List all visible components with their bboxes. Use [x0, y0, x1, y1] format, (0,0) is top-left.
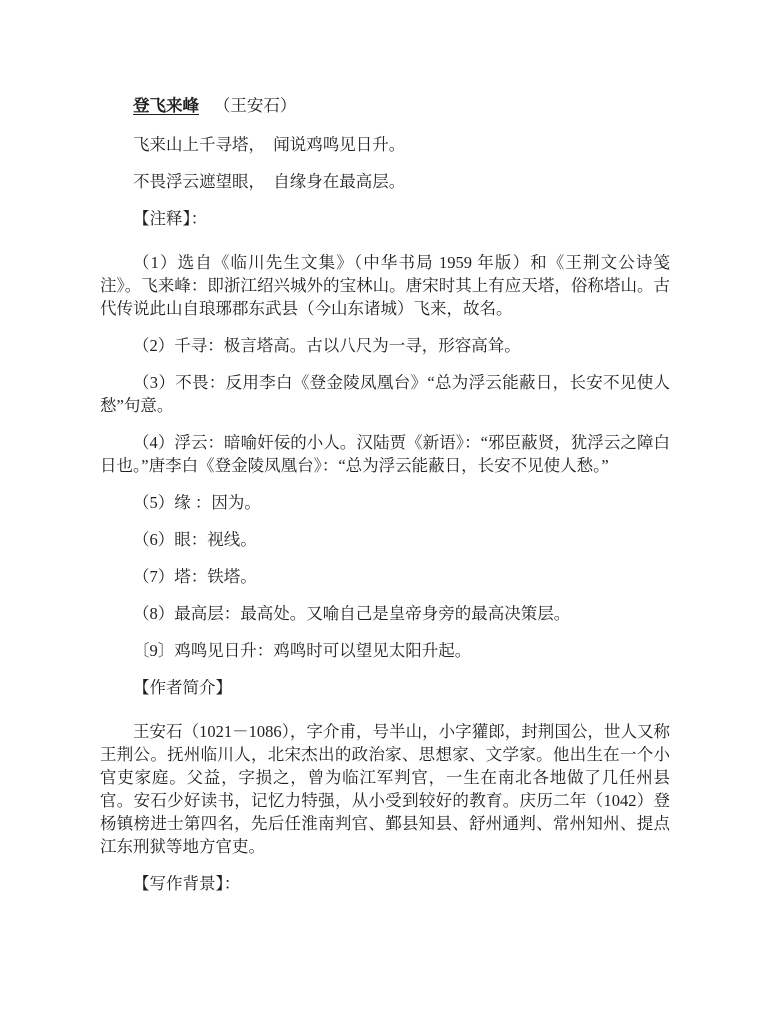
author-section-header: 【作者简介】	[100, 676, 670, 699]
poem-line-2: 不畏浮云遮望眼， 自缘身在最高层。	[100, 170, 670, 193]
note-item-4: （4）浮云：暗喻奸佞的小人。汉陆贾《新语》：“邪臣蔽贤，犹浮云之障白日也。”唐李…	[100, 431, 670, 477]
note-text: 选自《临川先生文集》（中华书局 1959 年版）和《王荆文公诗笺注》。飞来峰：即…	[100, 253, 670, 318]
poem-title: 登飞来峰	[133, 96, 199, 115]
note-label: 〔9〕	[133, 641, 174, 660]
note-label: （6）	[133, 530, 174, 549]
note-item-3: （3）不畏：反用李白《登金陵凤凰台》“总为浮云能蔽日，长安不见使人愁”句意。	[100, 371, 670, 417]
background-section-header: 【写作背景】：	[100, 872, 670, 895]
note-text: 最高层：最高处。又喻自己是皇帝身旁的最高决策层。	[174, 604, 570, 623]
note-item-7: （7）塔：铁塔。	[100, 565, 670, 588]
note-label: （3）	[133, 373, 175, 392]
note-text: 缘 ：因为。	[174, 493, 261, 512]
note-label: （8）	[133, 604, 174, 623]
note-item-5: （5）缘 ：因为。	[100, 491, 670, 514]
note-item-1: （1）选自《临川先生文集》（中华书局 1959 年版）和《王荆文公诗笺注》。飞来…	[100, 251, 670, 320]
note-label: （1）	[133, 253, 178, 272]
note-item-9: 〔9〕鸡鸣见日升：鸡鸣时可以望见太阳升起。	[100, 639, 670, 662]
note-item-2: （2）千寻：极言塔高。古以八尺为一寻，形容高耸。	[100, 334, 670, 357]
note-text: 眼：视线。	[174, 530, 257, 549]
note-text: 不畏：反用李白《登金陵凤凰台》“总为浮云能蔽日，长安不见使人愁”句意。	[100, 373, 670, 415]
poem-line-1: 飞来山上千寻塔， 闻说鸡鸣见日升。	[100, 133, 670, 156]
note-item-6: （6）眼：视线。	[100, 528, 670, 551]
poem-title-line: 登飞来峰（王安石）	[100, 94, 670, 117]
poem-author: （王安石）	[214, 96, 297, 115]
note-text: 浮云：暗喻奸佞的小人。汉陆贾《新语》：“邪臣蔽贤，犹浮云之障白日也。”唐李白《登…	[100, 433, 670, 475]
note-label: （7）	[133, 567, 174, 586]
notes-section-header: 【注释】：	[100, 207, 670, 230]
document-page: 登飞来峰（王安石） 飞来山上千寻塔， 闻说鸡鸣见日升。 不畏浮云遮望眼， 自缘身…	[0, 0, 768, 1024]
author-bio-paragraph: 王安石（1021－1086），字介甫，号半山，小字獾郎，封荆国公，世人又称王荆公…	[100, 720, 670, 858]
note-label: （4）	[133, 433, 174, 452]
note-text: 鸡鸣见日升：鸡鸣时可以望见太阳升起。	[174, 641, 471, 660]
note-label: （5）	[133, 493, 174, 512]
note-text: 千寻：极言塔高。古以八尺为一寻，形容高耸。	[174, 336, 521, 355]
note-label: （2）	[133, 336, 174, 355]
document-content: 登飞来峰（王安石） 飞来山上千寻塔， 闻说鸡鸣见日升。 不畏浮云遮望眼， 自缘身…	[100, 94, 670, 916]
note-text: 塔：铁塔。	[174, 567, 257, 586]
note-item-8: （8）最高层：最高处。又喻自己是皇帝身旁的最高决策层。	[100, 602, 670, 625]
